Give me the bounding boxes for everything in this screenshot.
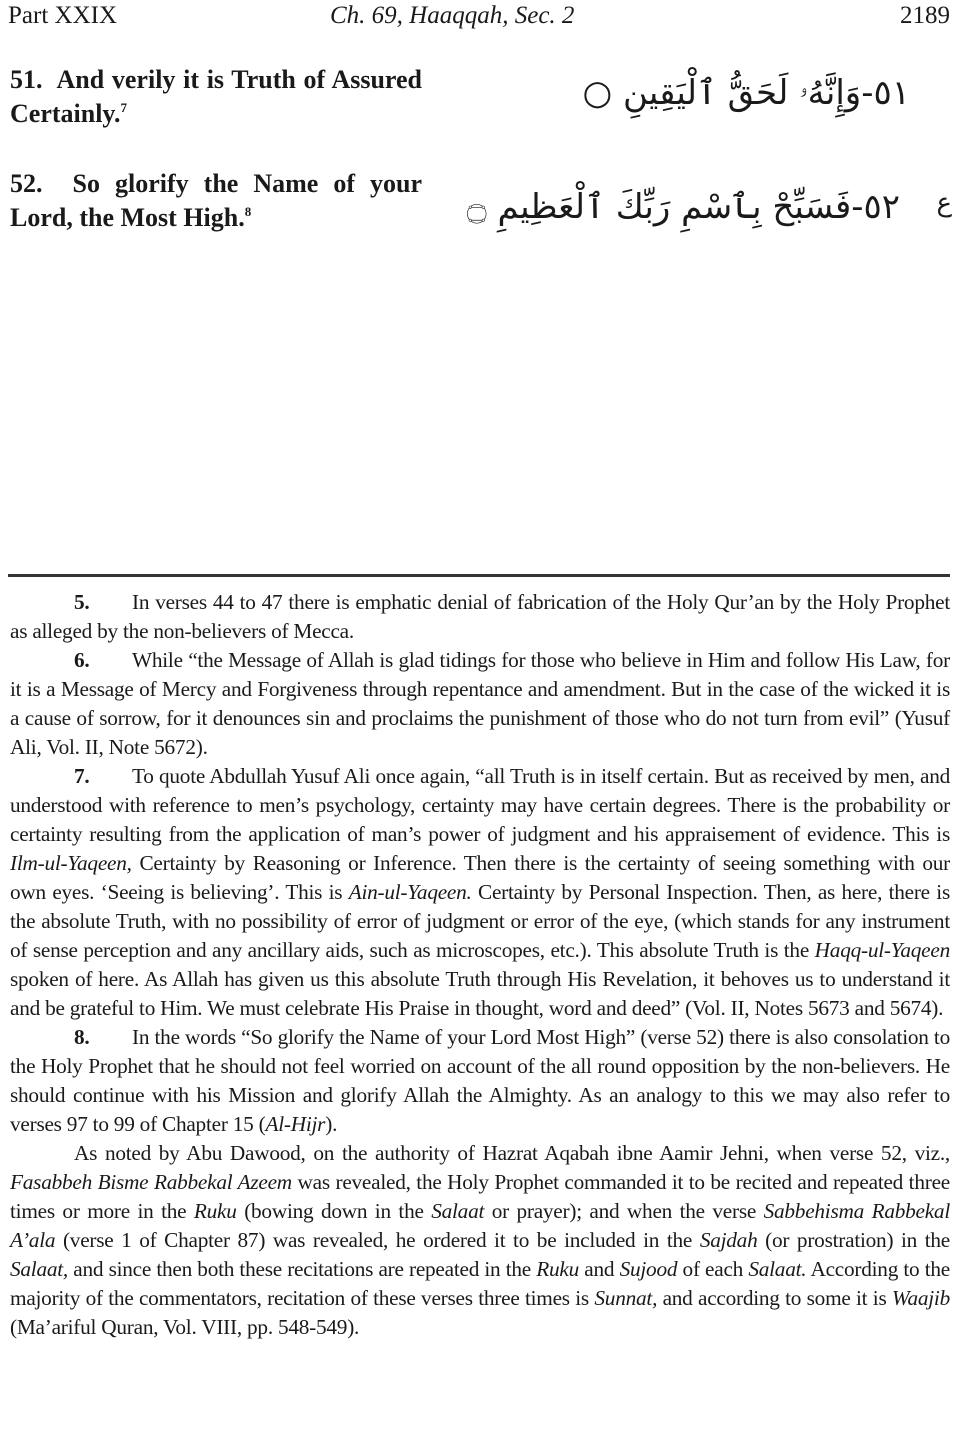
footnote-text: (bowing down in the (237, 1199, 432, 1223)
footnote-text: ). (325, 1112, 337, 1136)
term: Ain-ul-Yaqeen. (349, 880, 472, 904)
footnote-text: (verse 1 of Chapter 87) was revealed, he… (55, 1228, 700, 1252)
part-label: Part XXIX (8, 2, 117, 30)
footnote-text: and according to some it is (657, 1286, 892, 1310)
term: Salaat. (748, 1257, 806, 1281)
footnote-number: 5. (74, 588, 132, 617)
term: Fasabbeh Bisme Rabbekal Azeem (10, 1170, 292, 1194)
footnote-text: of each (677, 1257, 748, 1281)
chapter-label: Ch. 69, Haaqqah, Sec. 2 (330, 2, 574, 30)
footnote-text: spoken of here. As Allah has given us th… (10, 967, 950, 1020)
footnote-5: 5.In verses 44 to 47 there is emphatic d… (10, 588, 950, 646)
term: Waajib (892, 1286, 950, 1310)
footnote-ref: 7 (121, 100, 128, 115)
term: Salaat (431, 1199, 484, 1223)
footnote-text: and (579, 1257, 620, 1281)
term: Ruku (194, 1199, 237, 1223)
term: Sunnat, (594, 1286, 657, 1310)
verse-51-translation: 51. And verily it is Truth of Assured Ce… (10, 63, 422, 131)
footnote-number: 6. (74, 646, 132, 675)
verse-51-arabic: ٥١-وَإِنَّهُۥ لَحَقُّ ٱلْيَقِينِ ○ (583, 72, 911, 113)
footnote-text: and since then both these recitations ar… (68, 1257, 536, 1281)
footnote-7: 7.To quote Abdullah Yusuf Ali once again… (10, 762, 950, 1023)
verse-number: 51. (10, 65, 43, 94)
footnote-number: 8. (74, 1023, 132, 1052)
term: Sujood (620, 1257, 678, 1281)
footnote-divider (8, 574, 950, 577)
term: Ilm-ul-Yaqeen, (10, 851, 132, 875)
term: Sajdah (700, 1228, 758, 1252)
footnote-text: (Ma’ariful Quran, Vol. VIII, pp. 548-549… (10, 1315, 359, 1339)
footnote-6: 6.While “the Message of Allah is glad ti… (10, 646, 950, 762)
footnote-text: While “the Message of Allah is glad tidi… (10, 648, 950, 759)
page-header: Part XXIX Ch. 69, Haaqqah, Sec. 2 2189 (8, 2, 950, 34)
term: Ruku (536, 1257, 579, 1281)
footnote-text: or prayer); and when the verse (484, 1199, 763, 1223)
verse-number: 52. (10, 169, 43, 198)
footnotes: 5.In verses 44 to 47 there is emphatic d… (10, 588, 950, 1342)
footnote-text: As noted by Abu Dawood, on the authority… (74, 1141, 950, 1165)
footnote-8: 8.In the words “So glorify the Name of y… (10, 1023, 950, 1139)
term: Al-Hijr (265, 1112, 325, 1136)
footnote-text: To quote Abdullah Yusuf Ali once again, … (10, 764, 950, 846)
footnote-text: In verses 44 to 47 there is emphatic den… (10, 590, 950, 643)
footnote-text: (or prostration) in the (757, 1228, 950, 1252)
verse-text: And verily it is Truth of Assured Certai… (10, 65, 422, 128)
verse-52-arabic: ٥٢-فَسَبِّحْ بِٱسْمِ رَبِّكَ ٱلْعَظِيمِ … (467, 186, 900, 227)
footnote-text: In the words “So glorify the Name of you… (10, 1025, 950, 1136)
verse-52-translation: 52. So glorify the Name of your Lord, th… (10, 167, 422, 235)
footnote-8-continued: As noted by Abu Dawood, on the authority… (10, 1139, 950, 1342)
page-number: 2189 (900, 2, 950, 30)
footnote-number: 7. (74, 762, 132, 791)
ruku-mark: ع (936, 188, 952, 218)
verse-text: So glorify the Name of your Lord, the Mo… (10, 169, 422, 232)
footnote-ref: 8 (245, 204, 252, 219)
term: Haqq-ul-Yaqeen (815, 938, 950, 962)
term: Salaat, (10, 1257, 68, 1281)
